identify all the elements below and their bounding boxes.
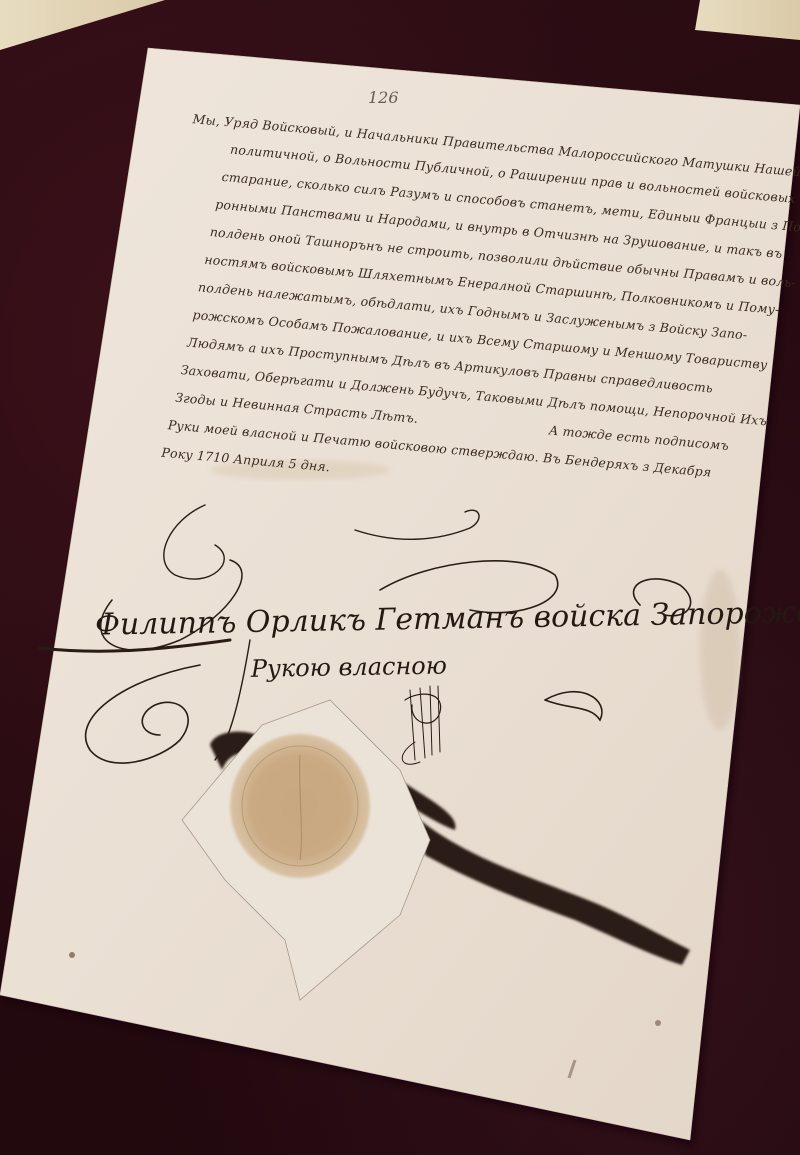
photo-scene: 126 Мы, Уряд Войсковый, и Начальники Пра… (0, 0, 800, 1155)
adjacent-document-top-left (0, 0, 165, 50)
folio-number: 126 (368, 88, 399, 107)
adjacent-document-top-right (695, 0, 800, 40)
signature-line-2: Рукою власною (250, 651, 447, 682)
